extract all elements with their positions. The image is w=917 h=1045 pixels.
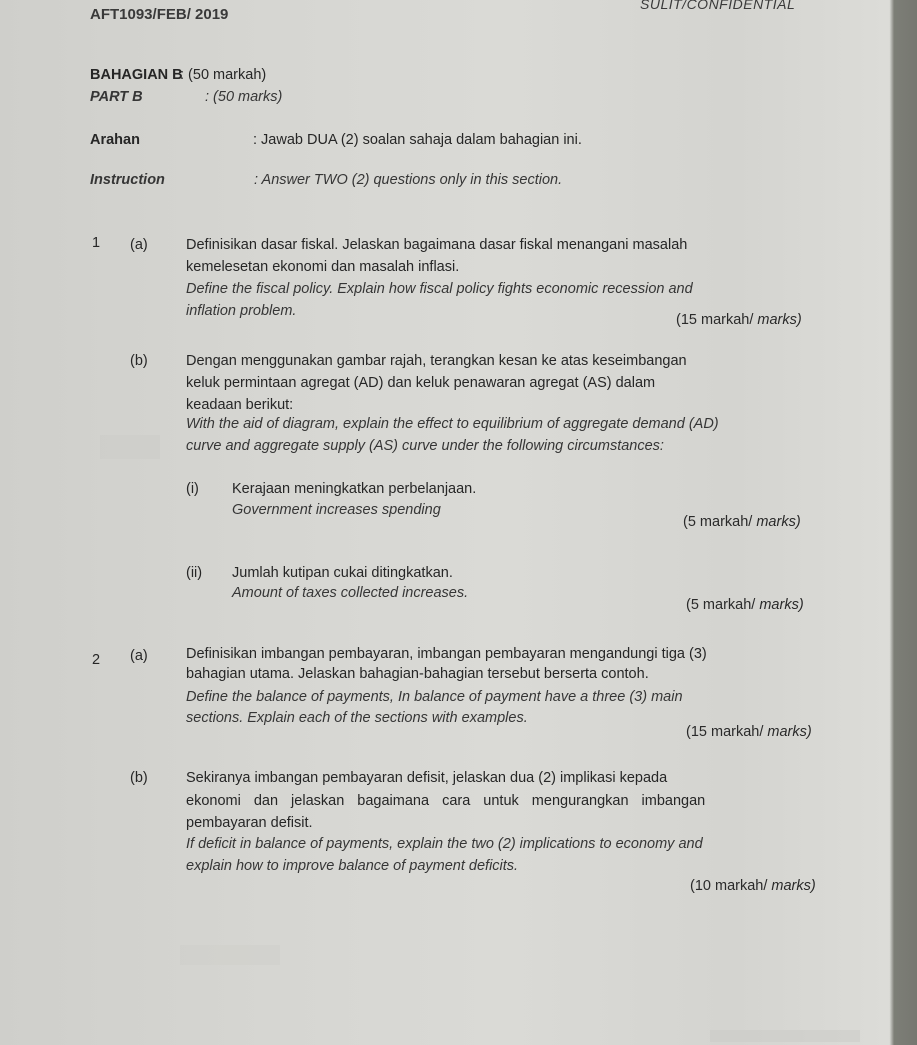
q1b-i-label: (i) <box>186 481 199 497</box>
bleed-through-mark <box>180 945 280 965</box>
q1b-ii-label: (ii) <box>186 565 202 581</box>
exam-page: AFT1093/FEB/ 2019 SULIT/CONFIDENTIAL BAH… <box>0 0 893 1045</box>
q1b-ii-en: Amount of taxes collected increases. <box>232 585 468 601</box>
q1b-ms-line-2: keluk permintaan agregat (AD) dan keluk … <box>186 375 655 391</box>
instruction-text-ms: : Jawab DUA (2) soalan sahaja dalam baha… <box>253 132 582 148</box>
course-code: AFT1093/FEB/ 2019 <box>90 6 228 23</box>
q2a-ms-line-1: Definisikan imbangan pembayaran, imbanga… <box>186 646 707 662</box>
question-number-1: 1 <box>92 235 100 251</box>
section-marks-ms: : (50 markah) <box>180 67 266 83</box>
q1a-label: (a) <box>130 237 148 253</box>
q2a-label: (a) <box>130 648 148 664</box>
q1b-ms-line-3: keadaan berikut: <box>186 397 293 413</box>
q2b-label: (b) <box>130 770 148 786</box>
q2b-ms-line-2: ekonomi dan jelaskan bagaimana cara untu… <box>186 793 705 809</box>
q2a-ms-line-2: bahagian utama. Jelaskan bahagian-bahagi… <box>186 666 649 682</box>
q1a-en-line-1: Define the fiscal policy. Explain how fi… <box>186 281 693 297</box>
q2b-ms-line-3: pembayaran defisit. <box>186 815 313 831</box>
q2a-en-line-1: Define the balance of payments, In balan… <box>186 689 683 705</box>
instruction-text-en: : Answer TWO (2) questions only in this … <box>254 172 562 188</box>
q2a-marks: (15 markah/ marks) <box>686 724 812 740</box>
q1b-ii-marks: (5 markah/ marks) <box>686 597 804 613</box>
instruction-label-en: Instruction <box>90 172 165 188</box>
q1b-i-en: Government increases spending <box>232 502 441 518</box>
q1b-i-ms: Kerajaan meningkatkan perbelanjaan. <box>232 481 476 497</box>
section-marks-en: : (50 marks) <box>205 89 282 105</box>
q2b-en-line-2: explain how to improve balance of paymen… <box>186 858 518 874</box>
q2a-en-line-2: sections. Explain each of the sections w… <box>186 710 528 726</box>
section-title-ms: BAHAGIAN B <box>90 67 183 83</box>
q1a-marks: (15 markah/ marks) <box>676 312 802 328</box>
bleed-through-mark <box>710 1030 860 1042</box>
question-number-2: 2 <box>92 652 100 668</box>
q1a-en-line-2: inflation problem. <box>186 303 296 319</box>
q1b-en-line-2: curve and aggregate supply (AS) curve un… <box>186 438 664 454</box>
q1b-ii-ms: Jumlah kutipan cukai ditingkatkan. <box>232 565 453 581</box>
q1b-ms-line-1: Dengan menggunakan gambar rajah, terangk… <box>186 353 687 369</box>
classification-label: SULIT/CONFIDENTIAL <box>640 0 795 12</box>
q1b-i-marks: (5 markah/ marks) <box>683 514 801 530</box>
q1a-ms-line-1: Definisikan dasar fiskal. Jelaskan bagai… <box>186 237 687 253</box>
q1b-en-line-1: With the aid of diagram, explain the eff… <box>186 416 719 432</box>
q1a-ms-line-2: kemelesetan ekonomi dan masalah inflasi. <box>186 259 459 275</box>
q2b-en-line-1: If deficit in balance of payments, expla… <box>186 836 703 852</box>
q2b-marks: (10 markah/ marks) <box>690 878 816 894</box>
section-title-en: PART B <box>90 89 143 105</box>
instruction-label-ms: Arahan <box>90 132 140 148</box>
q1b-label: (b) <box>130 353 148 369</box>
q2b-ms-line-1: Sekiranya imbangan pembayaran defisit, j… <box>186 770 667 786</box>
bleed-through-mark <box>100 435 160 459</box>
